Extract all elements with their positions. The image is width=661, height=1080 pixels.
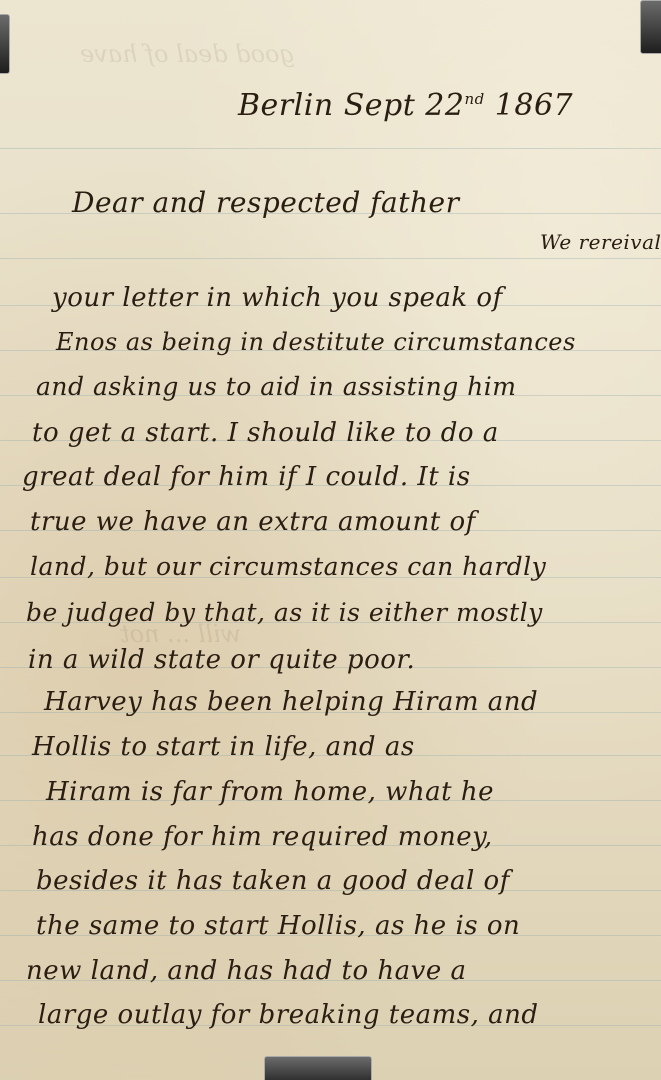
letter-line: Harvey has been helping Hiram and bbox=[44, 687, 538, 717]
opening-phrase: We rereival bbox=[540, 230, 661, 254]
letter-line: has done for him required money, bbox=[32, 822, 493, 852]
letter-line: Hollis to start in life, and as bbox=[32, 732, 415, 762]
letter-line: Hiram is far from home, what he bbox=[46, 777, 494, 807]
place: Berlin bbox=[238, 88, 334, 123]
salutation: Dear and respected father bbox=[72, 186, 460, 219]
letter-line: the same to start Hollis, as he is on bbox=[36, 911, 520, 941]
mounting-clip-left bbox=[0, 14, 10, 74]
letter-line: in a wild state or quite poor. bbox=[28, 645, 415, 675]
letter-line: true we have an extra amount of bbox=[30, 507, 476, 537]
ruled-line bbox=[0, 148, 661, 149]
letter-line: your letter in which you speak of bbox=[52, 283, 503, 313]
letter-line: be judged by that, as it is either mostl… bbox=[26, 598, 543, 627]
letter-line: new land, and has had to have a bbox=[26, 956, 467, 986]
letter-line: great deal for him if I could. It is bbox=[22, 462, 471, 492]
mounting-clip-bottom bbox=[264, 1056, 372, 1080]
letter-line: and asking us to aid in assisting him bbox=[36, 372, 517, 401]
mounting-clip-right bbox=[640, 0, 661, 54]
letter-line: besides it has taken a good deal of bbox=[36, 866, 510, 896]
ruled-line bbox=[0, 258, 661, 259]
letter-line: land, but our circumstances can hardly bbox=[30, 552, 546, 581]
date-suffix: nd bbox=[464, 90, 484, 108]
year: 1867 bbox=[495, 88, 573, 123]
letter-line: large outlay for breaking teams, and bbox=[38, 1000, 539, 1030]
letter-line: Enos as being in destitute circumstances bbox=[56, 328, 576, 356]
letter-dateline: Berlin Sept 22nd 1867 bbox=[238, 88, 573, 123]
show-through-text: good deal of have bbox=[80, 40, 295, 68]
date: Sept 22 bbox=[344, 88, 465, 123]
letter-line: to get a start. I should like to do a bbox=[32, 418, 499, 448]
